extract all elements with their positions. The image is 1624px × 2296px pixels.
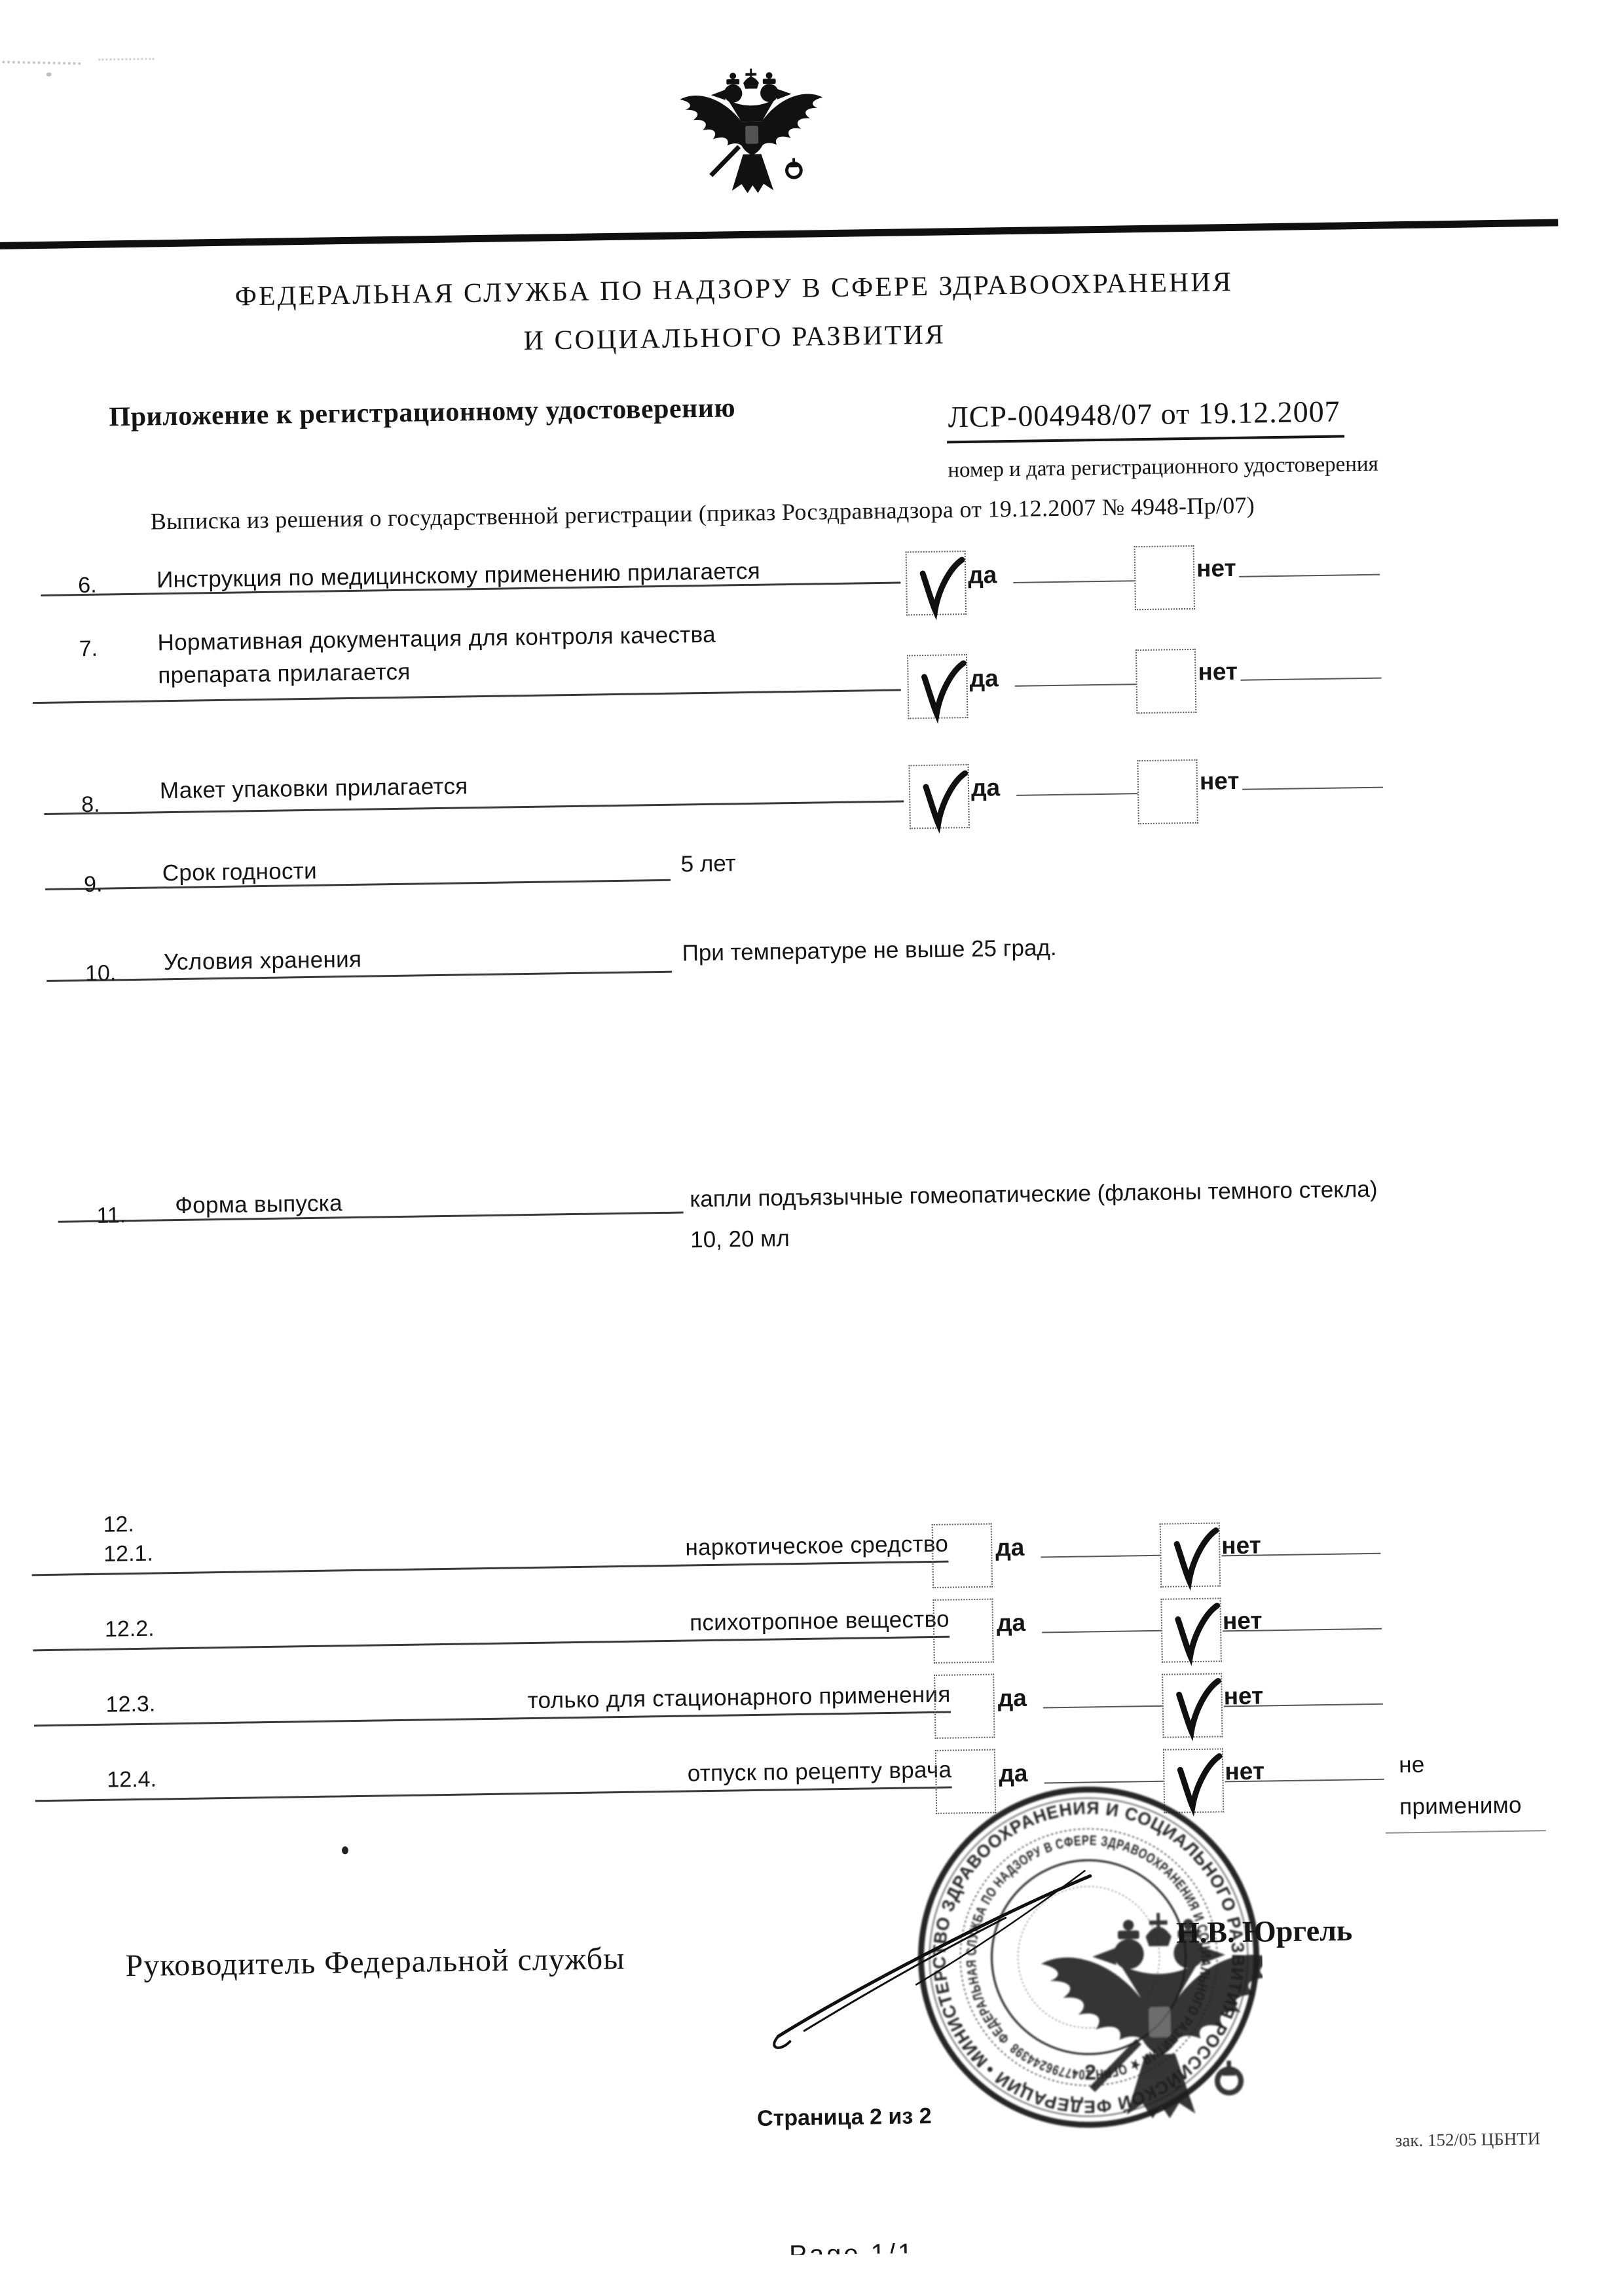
document-page: ФЕДЕРАЛЬНАЯ СЛУЖБА ПО НАДЗОРУ В СФЕРЕ ЗД… [0, 0, 1624, 2296]
order-note: зак. 152/05 ЦБНТИ [1395, 2128, 1541, 2151]
page-counter-en-clip: Page 1/1 [789, 2238, 986, 2255]
page-counter-ru: Страница 2 из 2 [757, 2104, 932, 2132]
signatory-name: Н.В. Юргель [1176, 1912, 1353, 1950]
page-counter-en: Page 1/1 [789, 2238, 986, 2255]
signatory-role: Руководитель Федеральной службы [125, 1941, 625, 1984]
